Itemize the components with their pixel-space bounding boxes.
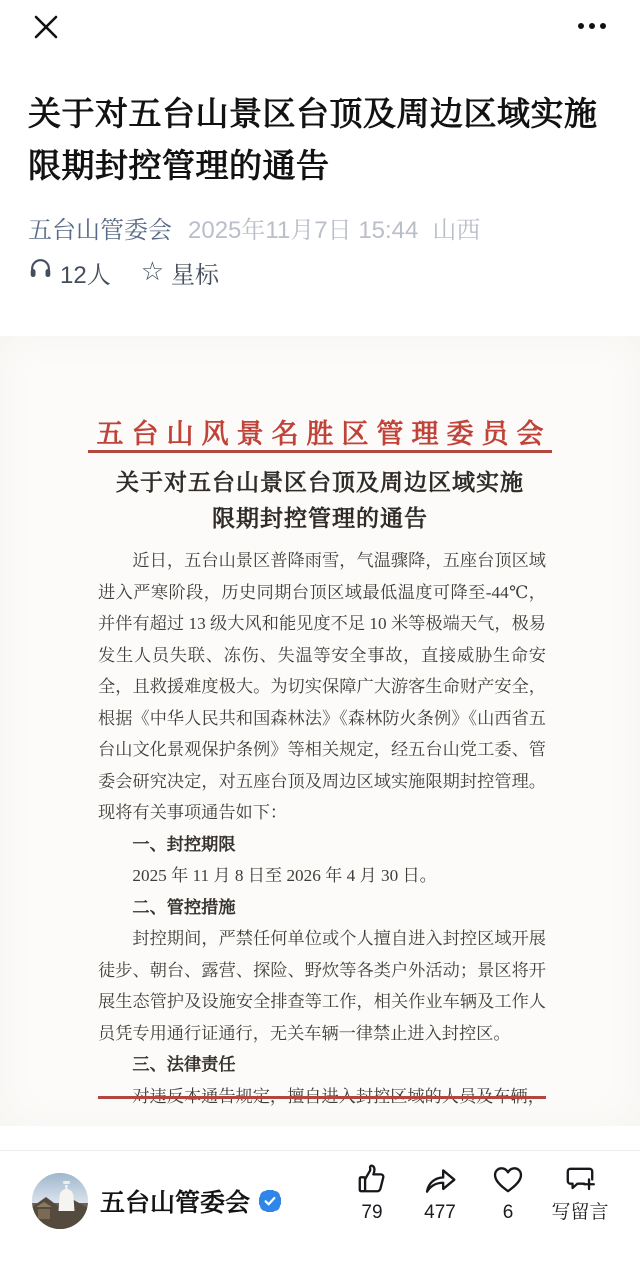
doc-paragraph: 近日，五台山景区普降雨雪，气温骤降，五座台顶区域进入严寒阶段，历史同期台顶区域最…: [98, 545, 546, 829]
doc-title-line1: 关于对五台山景区台顶及周边区域实施: [0, 464, 640, 497]
more-options-icon[interactable]: [574, 10, 610, 42]
listeners-count: 12人: [60, 255, 111, 290]
headphones-icon: [28, 256, 53, 288]
favorite-button[interactable]: 6: [472, 1163, 544, 1225]
share-button[interactable]: 477: [404, 1163, 476, 1225]
star-button[interactable]: ☆ 星标: [141, 255, 219, 290]
listen-button[interactable]: 12人: [28, 255, 111, 290]
doc-title-line2: 限期封控管理的通告: [0, 500, 640, 533]
star-icon: ☆: [141, 258, 164, 284]
like-button[interactable]: 79: [336, 1163, 408, 1225]
close-icon[interactable]: [30, 11, 62, 43]
publish-location: 山西: [432, 217, 480, 244]
bottom-action-bar: 五台山管委会 79: [0, 1150, 640, 1271]
doc-heading: 三、法律责任: [98, 1049, 546, 1081]
footer-author-name: 五台山管委会: [100, 1183, 250, 1219]
doc-red-rule-bottom: [98, 1096, 546, 1099]
document-body: 近日，五台山景区普降雨雪，气温骤降，五座台顶区域进入严寒阶段，历史同期台顶区域最…: [98, 545, 546, 1112]
share-count: 477: [404, 1201, 476, 1225]
doc-heading: 一、封控期限: [98, 829, 546, 861]
share-arrow-icon: [404, 1163, 476, 1197]
star-label: 星标: [171, 255, 219, 290]
comment-button[interactable]: 写留言: [540, 1163, 620, 1225]
article-meta: 五台山管委会2025年11月7日 15:44山西: [28, 210, 618, 245]
comment-label: 写留言: [540, 1201, 620, 1225]
page-title: 关于对五台山景区台顶及周边区域实施限期封控管理的通告: [28, 88, 616, 192]
top-bar: [0, 0, 640, 62]
publish-date: 2025年11月7日 15:44: [188, 217, 418, 244]
article-submeta: 12人 ☆ 星标: [28, 255, 219, 289]
doc-heading: 二、管控措施: [98, 892, 546, 924]
like-count: 79: [336, 1201, 408, 1225]
heart-icon: [472, 1163, 544, 1197]
doc-paragraph: 封控期间，严禁任何单位或个人擅自进入封控区域开展徒步、朝台、露营、探险、野炊等各…: [98, 923, 546, 1049]
doc-org-title: 五台山风景名胜区管理委员会: [0, 412, 640, 451]
verified-badge-icon: [259, 1190, 281, 1212]
favorite-count: 6: [472, 1201, 544, 1225]
doc-red-rule-top: [88, 450, 552, 453]
footer-author[interactable]: 五台山管委会: [100, 1173, 281, 1229]
avatar[interactable]: [32, 1173, 88, 1229]
thumbs-up-icon: [336, 1163, 408, 1197]
doc-paragraph: 2025 年 11 月 8 日至 2026 年 4 月 30 日。: [98, 860, 546, 892]
document-scan-image[interactable]: 五台山风景名胜区管理委员会 关于对五台山景区台顶及周边区域实施 限期封控管理的通…: [0, 336, 640, 1126]
author-link[interactable]: 五台山管委会: [28, 217, 172, 244]
comment-bubble-icon: [540, 1163, 620, 1197]
